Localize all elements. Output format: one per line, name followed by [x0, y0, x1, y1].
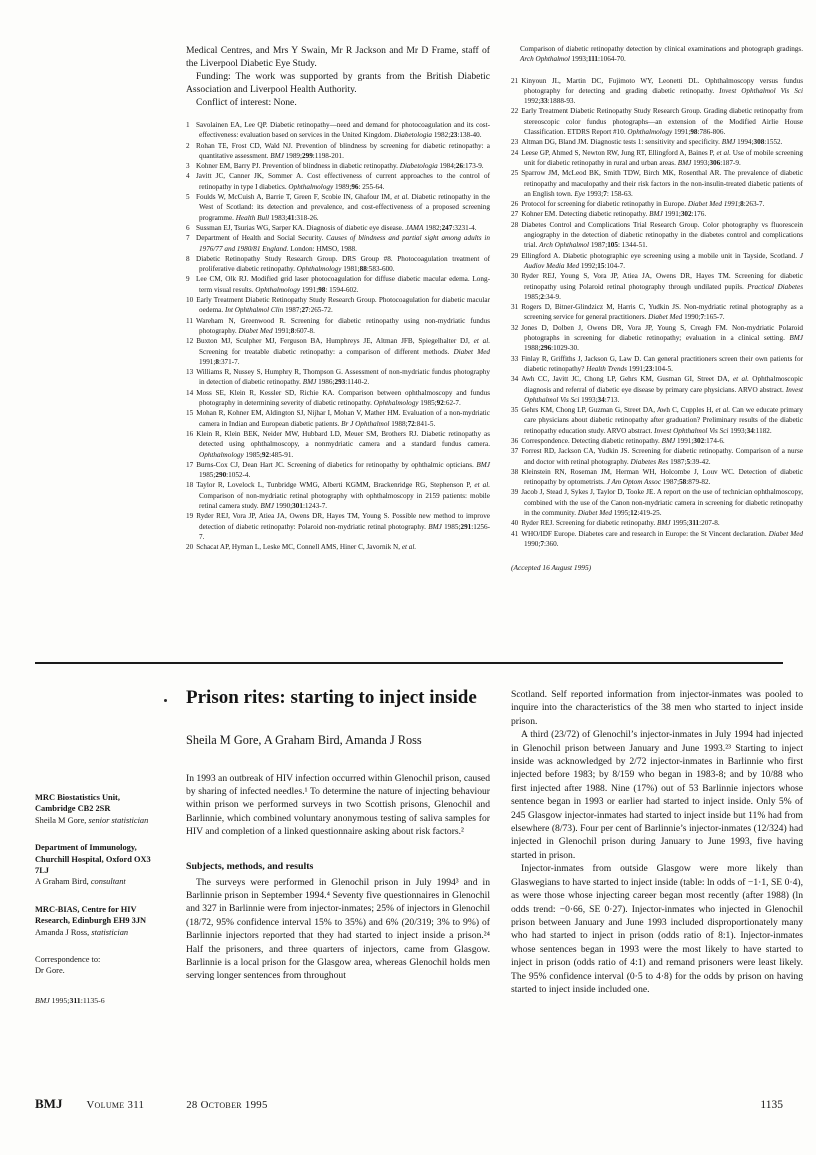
affiliation-block: Department of Immunology, Churchill Hosp…: [35, 842, 157, 888]
reference-item: 17Burns-Cox CJ, Dean Hart JC. Screening …: [186, 460, 490, 481]
reference-item: 10Early Treatment Diabetic Retinopathy S…: [186, 295, 490, 316]
reference-text: Moss SE, Klein R, Kessler SD, Richie KA.…: [196, 389, 490, 407]
reference-text: Altman DG, Bland JM. Diagnostic tests 1:…: [521, 138, 782, 146]
reference-text: Javitt JC, Canner JK, Sommer A. Cost eff…: [196, 172, 490, 190]
reference-text: Ryder REJ. Screening for diabetic retino…: [521, 519, 719, 527]
conflict-paragraph: Conflict of interest: None.: [186, 96, 490, 109]
reference-continuation: Comparison of diabetic retinopathy detec…: [511, 44, 803, 65]
reference-item: 32Jones D, Dolben J, Owens DR, Vora JP, …: [511, 323, 803, 354]
reference-text: Schacat AP, Hyman L, Leske MC, Connell A…: [196, 543, 416, 551]
reference-number: 33: [511, 354, 518, 364]
article-left-column: Prison rites: starting to inject inside …: [186, 687, 490, 983]
reference-item: 9Lee CM, Olk RJ. Modified grid laser pho…: [186, 274, 490, 295]
reference-item: 15Mohan R, Kohner EM, Aldington SJ, Nijh…: [186, 408, 490, 429]
reference-text: Kinyoun JL, Martin DC, Fujimoto WY, Leon…: [521, 77, 803, 106]
funding-paragraph: Funding: The work was supported by grant…: [186, 70, 490, 96]
article-right-column: Scotland. Self reported information from…: [511, 688, 803, 996]
article-title: Prison rites: starting to inject inside: [186, 687, 490, 710]
reference-number: 4: [186, 171, 193, 181]
reference-text: Sparrow JM, McLeod BK, Smith TDW, Birch …: [521, 169, 803, 198]
reference-number: 6: [186, 223, 193, 233]
reference-item: 26Protocol for screening for diabetic re…: [511, 199, 803, 209]
reference-item: 28Diabetes Control and Complications Tri…: [511, 220, 803, 251]
reference-item: 20Schacat AP, Hyman L, Leske MC, Connell…: [186, 542, 490, 552]
reference-item: 8Diabetic Retinopathy Study Research Gro…: [186, 254, 490, 275]
volume-label: Volume 311: [86, 1099, 144, 1111]
reference-text: Klein R, Klein BEK, Neider MW, Hubbard L…: [196, 430, 490, 459]
reference-text: Ryder REJ, Vora JP, Atiea JA, Owens DR, …: [196, 512, 490, 541]
reference-item: 31Rogers D, Bitner-Glindzicz M, Harris C…: [511, 302, 803, 323]
reference-number: 2: [186, 141, 193, 151]
reference-item: 23Altman DG, Bland JM. Diagnostic tests …: [511, 137, 803, 147]
reference-number: 40: [511, 518, 518, 528]
reference-item: 30Ryder REJ, Young S, Vora JP, Atiea JA,…: [511, 271, 803, 302]
reference-number: 5: [186, 192, 193, 202]
reference-item: 27Kohner EM. Detecting diabetic retinopa…: [511, 209, 803, 219]
reference-text: Diabetes Control and Complications Trial…: [521, 221, 803, 250]
reference-number: 14: [186, 388, 193, 398]
reference-number: 11: [186, 316, 193, 326]
reference-item: 36Correspondence. Detecting diabetic ret…: [511, 436, 803, 446]
article-paragraph: Injector-inmates from outside Glasgow we…: [511, 862, 803, 996]
author-role-text: Sheila M Gore, senior statistician: [35, 815, 157, 826]
reference-text: Diabetic Retinopathy Study Research Grou…: [196, 255, 490, 273]
reference-text: Rohan TE, Frost CD, Wald NJ. Prevention …: [196, 142, 490, 160]
reference-item: 1Savolainen EA, Lee QP. Diabetic retinop…: [186, 120, 490, 141]
article-paragraph: Scotland. Self reported information from…: [511, 688, 803, 728]
reference-text: Ellingford A. Diabetic photographic eye …: [521, 252, 803, 270]
reference-text: Jones D, Dolben J, Owens DR, Vora JP, Yo…: [521, 324, 803, 353]
references-left-column: Medical Centres, and Mrs Y Swain, Mr R J…: [186, 44, 490, 552]
reference-number: 29: [511, 251, 518, 261]
reference-number: 18: [186, 480, 193, 490]
reference-text: Foulds W, McCuish A, Barrie T, Green F, …: [196, 193, 490, 222]
reference-number: 39: [511, 487, 518, 497]
reference-number: 16: [186, 429, 193, 439]
reference-number: 37: [511, 446, 518, 456]
reference-item: 37Forrest RD, Jackson CA, Yudkin JS. Scr…: [511, 446, 803, 467]
reference-text: Wareham N, Greenwood R. Screening for di…: [196, 317, 490, 335]
article-divider-rule: [35, 662, 783, 664]
reference-text: Department of Health and Social Security…: [196, 234, 490, 252]
article-paragraph: A third (23/72) of Glenochil’s injector-…: [511, 728, 803, 862]
reference-text: Finlay R, Griffiths J, Jackson G, Law D.…: [521, 355, 803, 373]
reference-number: 15: [186, 408, 193, 418]
reference-item: 29Ellingford A. Diabetic photographic ey…: [511, 251, 803, 272]
reference-item: 35Gehrs KM, Chong LP, Guzman G, Street D…: [511, 405, 803, 436]
affiliation-list: MRC Biostatistics Unit, Cambridge CB2 2S…: [35, 792, 157, 938]
accepted-date-note: (Accepted 16 August 1995): [511, 563, 803, 572]
reference-number: 1: [186, 120, 193, 130]
reference-text: Kleinstein RN, Roseman JM, Herman WH, Ho…: [521, 468, 803, 486]
reference-text: Taylor R, Lovelock L, Tunbridge WMG, Alb…: [196, 481, 490, 510]
reference-text: Forrest RD, Jackson CA, Yudkin JS. Scree…: [521, 447, 803, 465]
reference-list-1-20: 1Savolainen EA, Lee QP. Diabetic retinop…: [186, 120, 490, 552]
reference-item: 6Sussman EJ, Tsurias WG, Sarper KA. Diag…: [186, 223, 490, 233]
reference-item: 41WHO/IDF Europe. Diabetes care and rese…: [511, 529, 803, 550]
reference-item: 22Early Treatment Diabetic Retinopathy S…: [511, 106, 803, 137]
reference-item: 21Kinyoun JL, Martin DC, Fujimoto WY, Le…: [511, 76, 803, 107]
reference-text: Mohan R, Kohner EM, Aldington SJ, Nijhar…: [196, 409, 490, 427]
reference-item: 34Awh CC, Javitt JC, Chong LP, Gehrs KM,…: [511, 374, 803, 405]
reference-item: 12Buxton MJ, Sculpher MJ, Ferguson BA, H…: [186, 336, 490, 367]
reference-item: 18Taylor R, Lovelock L, Tunbridge WMG, A…: [186, 480, 490, 511]
page-footer: BMJ Volume 311 28 October 1995 1135: [35, 1096, 783, 1112]
affiliation-block: MRC-BIAS, Centre for HIV Research, Edinb…: [35, 904, 157, 938]
reference-text: Kohner EM, Barry PJ. Prevention of blind…: [196, 162, 484, 170]
reference-item: 11Wareham N, Greenwood R. Screening for …: [186, 316, 490, 337]
reference-number: 34: [511, 374, 518, 384]
section-heading: Subjects, methods, and results: [186, 861, 490, 872]
reference-number: 26: [511, 199, 518, 209]
correspondence-name: Dr Gore.: [35, 965, 157, 976]
journal-citation: BMJ 1995;311:1135-6: [35, 995, 157, 1006]
reference-text: Early Treatment Diabetic Retinopathy Stu…: [196, 296, 490, 314]
journal-page: Medical Centres, and Mrs Y Swain, Mr R J…: [0, 0, 816, 1155]
references-right-column: Comparison of diabetic retinopathy detec…: [511, 44, 803, 572]
reference-text: Burns-Cox CJ, Dean Hart JC. Screening of…: [196, 461, 490, 479]
reference-number: 36: [511, 436, 518, 446]
reference-number: 20: [186, 542, 193, 552]
reference-text: Early Treatment Diabetic Retinopathy Stu…: [521, 107, 803, 136]
article-intro-paragraph: In 1993 an outbreak of HIV infection occ…: [186, 772, 490, 839]
issue-date: 28 October 1995: [186, 1099, 268, 1111]
reference-item: 3Kohner EM, Barry PJ. Prevention of blin…: [186, 161, 490, 171]
affiliation-text: MRC-BIAS, Centre for HIV Research, Edinb…: [35, 904, 157, 927]
reference-text: Jacob J, Stead J, Sykes J, Taylor D, Too…: [521, 488, 803, 517]
affiliation-block: MRC Biostatistics Unit, Cambridge CB2 2S…: [35, 792, 157, 826]
reference-text: Protocol for screening for diabetic reti…: [521, 200, 764, 208]
reference-item: 39Jacob J, Stead J, Sykes J, Taylor D, T…: [511, 487, 803, 518]
reference-number: 25: [511, 168, 518, 178]
page-number: 1135: [760, 1099, 783, 1111]
reference-item: 19Ryder REJ, Vora JP, Atiea JA, Owens DR…: [186, 511, 490, 542]
reference-number: 27: [511, 209, 518, 219]
reference-item: 14Moss SE, Klein R, Kessler SD, Richie K…: [186, 388, 490, 409]
reference-text: Sussman EJ, Tsurias WG, Sarper KA. Diagn…: [196, 224, 477, 232]
article-paragraph: The surveys were performed in Glenochil …: [186, 876, 490, 983]
author-role-text: Amanda J Ross, statistician: [35, 927, 157, 938]
reference-number: 31: [511, 302, 518, 312]
reference-item: 33Finlay R, Griffiths J, Jackson G, Law …: [511, 354, 803, 375]
reference-item: 2Rohan TE, Frost CD, Wald NJ. Prevention…: [186, 141, 490, 162]
correspondence-label: Correspondence to:: [35, 954, 157, 965]
reference-number: 23: [511, 137, 518, 147]
reference-number: 32: [511, 323, 518, 333]
article-authors: Sheila M Gore, A Graham Bird, Amanda J R…: [186, 733, 490, 748]
reference-text: Awh CC, Javitt JC, Chong LP, Gehrs KM, G…: [521, 375, 803, 404]
reference-number: 41: [511, 529, 518, 539]
affiliation-text: Department of Immunology, Churchill Hosp…: [35, 842, 157, 876]
reference-text: Williams R, Nussey S, Humphry R, Thompso…: [196, 368, 490, 386]
reference-number: 3: [186, 161, 193, 171]
reference-text: Lee CM, Olk RJ. Modified grid laser phot…: [196, 275, 490, 293]
reference-text: Leese GP, Ahmed S, Newton RW, Jung RT, E…: [521, 149, 803, 167]
reference-number: 9: [186, 274, 193, 284]
reference-number: 35: [511, 405, 518, 415]
correspondence-note: Correspondence to: Dr Gore.: [35, 954, 157, 977]
author-affiliations-column: MRC Biostatistics Unit, Cambridge CB2 2S…: [35, 792, 157, 1006]
reference-item: 7Department of Health and Social Securit…: [186, 233, 490, 254]
affiliation-text: MRC Biostatistics Unit, Cambridge CB2 2S…: [35, 792, 157, 815]
reference-number: 10: [186, 295, 193, 305]
reference-number: 17: [186, 460, 193, 470]
acknowledgement-paragraph: Medical Centres, and Mrs Y Swain, Mr R J…: [186, 44, 490, 70]
reference-text: Ryder REJ, Young S, Vora JP, Atiea JA, O…: [521, 272, 803, 301]
reference-item: 38Kleinstein RN, Roseman JM, Herman WH, …: [511, 467, 803, 488]
reference-number: 24: [511, 148, 518, 158]
reference-number: 21: [511, 76, 518, 86]
reference-number: 8: [186, 254, 193, 264]
reference-number: 28: [511, 220, 518, 230]
reference-text: Kohner EM. Detecting diabetic retinopath…: [521, 210, 706, 218]
reference-text: Correspondence. Detecting diabetic retin…: [521, 437, 725, 445]
reference-list-21-41: 21Kinyoun JL, Martin DC, Fujimoto WY, Le…: [511, 76, 803, 550]
reference-item: 4Javitt JC, Canner JK, Sommer A. Cost ef…: [186, 171, 490, 192]
journal-name: BMJ: [35, 1096, 62, 1112]
author-role-text: A Graham Bird, consultant: [35, 876, 157, 887]
reference-text: Buxton MJ, Sculpher MJ, Ferguson BA, Hum…: [196, 337, 490, 366]
reference-text: Savolainen EA, Lee QP. Diabetic retinopa…: [196, 121, 490, 139]
reference-number: 19: [186, 511, 193, 521]
reference-text: Gehrs KM, Chong LP, Guzman G, Street DA,…: [521, 406, 803, 435]
reference-item: 24Leese GP, Ahmed S, Newton RW, Jung RT,…: [511, 148, 803, 169]
reference-item: 16Klein R, Klein BEK, Neider MW, Hubbard…: [186, 429, 490, 460]
reference-item: 13Williams R, Nussey S, Humphry R, Thomp…: [186, 367, 490, 388]
reference-number: 12: [186, 336, 193, 346]
reference-number: 13: [186, 367, 193, 377]
reference-number: 38: [511, 467, 518, 477]
reference-text: Rogers D, Bitner-Glindzicz M, Harris C, …: [521, 303, 803, 321]
reference-text: WHO/IDF Europe. Diabetes care and resear…: [521, 530, 803, 548]
reference-number: 30: [511, 271, 518, 281]
reference-item: 40Ryder REJ. Screening for diabetic reti…: [511, 518, 803, 528]
reference-number: 7: [186, 233, 193, 243]
reference-number: 22: [511, 106, 518, 116]
print-artifact-dot: [164, 699, 167, 702]
reference-item: 25Sparrow JM, McLeod BK, Smith TDW, Birc…: [511, 168, 803, 199]
reference-item: 5Foulds W, McCuish A, Barrie T, Green F,…: [186, 192, 490, 223]
